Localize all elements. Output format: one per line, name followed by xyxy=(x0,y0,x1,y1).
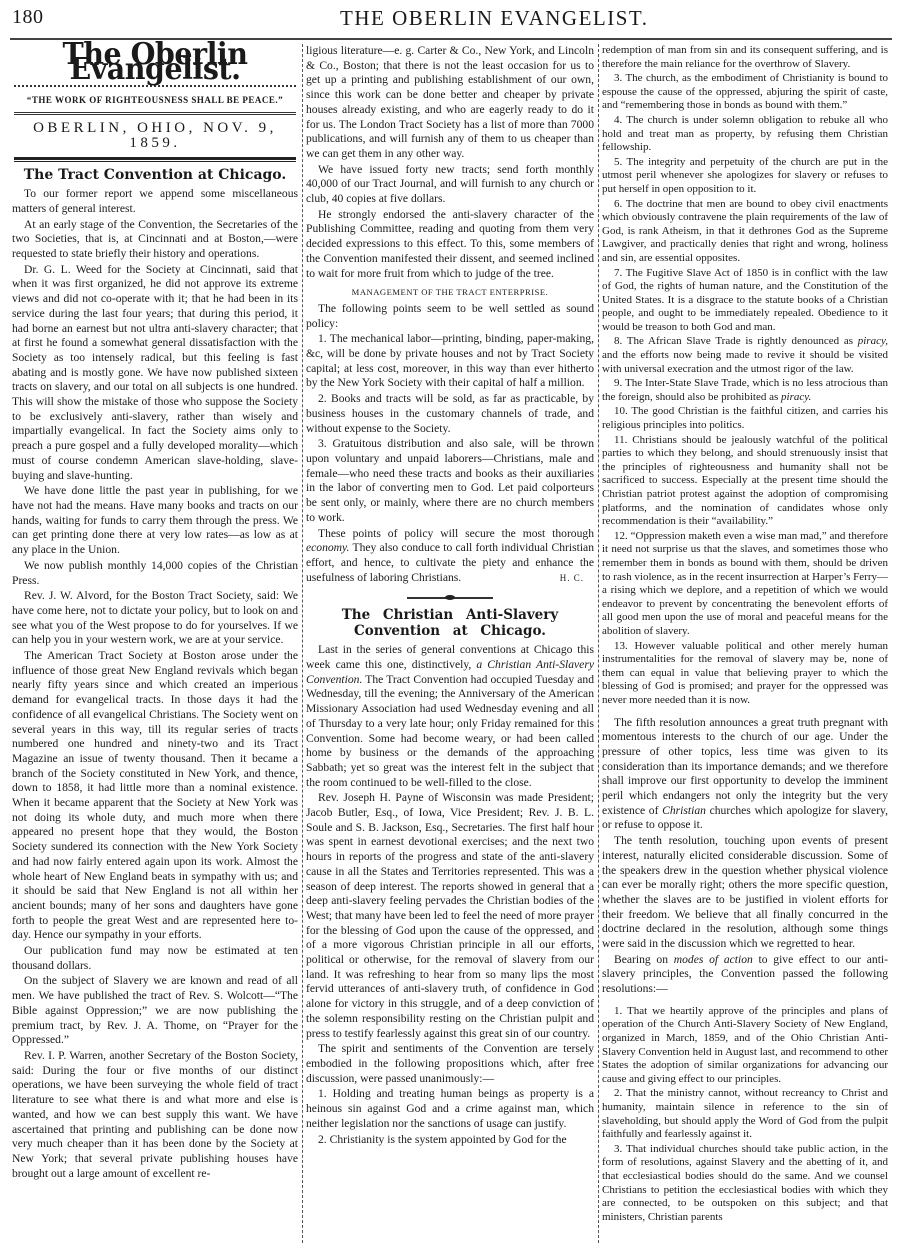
article-paragraph: We have issued forty new tracts; send fo… xyxy=(306,163,594,207)
article-paragraph: To our former report we append some misc… xyxy=(12,187,298,216)
article-paragraph: These points of policy will secure the m… xyxy=(306,527,594,586)
text-run: The fifth resolution announces a great t… xyxy=(602,716,888,817)
article-paragraph: The fifth resolution announces a great t… xyxy=(602,716,888,834)
section-divider-ornament xyxy=(407,597,493,599)
policy-point: 1. The mechanical labor—printing, bindin… xyxy=(306,332,594,391)
emphasis: modes of action xyxy=(674,953,753,966)
page-number: 180 xyxy=(12,6,44,29)
text-run: 9. The Inter-State Slave Trade, which is… xyxy=(602,377,888,403)
running-head: THE OBERLIN EVANGELIST. xyxy=(340,6,648,31)
column-divider-2 xyxy=(598,44,599,1243)
emphasis: piracy. xyxy=(781,391,811,403)
article-paragraph: The tenth resolution, touching upon even… xyxy=(602,834,888,952)
column-1: The Oberlin Evangelist. “THE WORK OF RIG… xyxy=(12,44,298,1181)
proposition: redemption of man from sin and its conse… xyxy=(602,44,888,71)
proposition: 9. The Inter-State Slave Trade, which is… xyxy=(602,377,888,404)
emphasis: economy. xyxy=(306,541,349,554)
proposition: 10. The good Christian is the faithful c… xyxy=(602,405,888,432)
proposition: 4. The church is under solemn obligation… xyxy=(602,114,888,155)
policy-point: 2. Books and tracts will be sold, as far… xyxy=(306,392,594,436)
article-headline-tract-convention: The Tract Convention at Chicago. xyxy=(12,168,298,183)
text-run: Bearing on xyxy=(614,953,674,966)
emphasis: Christian xyxy=(662,804,706,817)
column-divider-1 xyxy=(302,44,303,1243)
text-run: The Tract Convention had occupied Tuesda… xyxy=(306,673,594,789)
article-paragraph: Our publication fund may now be estimate… xyxy=(12,944,298,973)
resolution: 1. That we heartily approve of the princ… xyxy=(602,1005,888,1087)
article-paragraph: Bearing on modes of action to give effec… xyxy=(602,953,888,997)
article-paragraph: Dr. G. L. Weed for the Society at Cincin… xyxy=(12,263,298,484)
article-paragraph: Rev. Joseph H. Payne of Wisconsin was ma… xyxy=(306,791,594,1041)
proposition: 7. The Fugitive Slave Act of 1850 is in … xyxy=(602,267,888,335)
author-signature: H. C. xyxy=(548,571,584,586)
proposition: 8. The African Slave Trade is rightly de… xyxy=(602,335,888,376)
proposition: 5. The integrity and perpetuity of the c… xyxy=(602,156,888,197)
proposition: 2. Christianity is the system appointed … xyxy=(306,1133,594,1148)
article-paragraph: Rev. I. P. Warren, another Secretary of … xyxy=(12,1049,298,1181)
article-paragraph: ligious literature—e. g. Carter & Co., N… xyxy=(306,44,594,162)
proposition: 12. “Oppression maketh even a wise man m… xyxy=(602,530,888,639)
article-paragraph: The American Tract Society at Boston aro… xyxy=(12,649,298,943)
dateline: OBERLIN, OHIO, NOV. 9, 1859. xyxy=(12,121,298,150)
article-paragraph: We have done little the past year in pub… xyxy=(12,484,298,558)
article-paragraph: On the subject of Slavery we are known a… xyxy=(12,974,298,1048)
subheading-management: MANAGEMENT OF THE TRACT ENTERPRISE. xyxy=(306,285,594,300)
article-paragraph: The spirit and sentiments of the Convent… xyxy=(306,1042,594,1086)
text-run: These points of policy will secure the m… xyxy=(318,527,594,540)
article-headline-anti-slavery-convention: The Christian Anti-Slavery Convention at… xyxy=(306,607,594,639)
proposition: 6. The doctrine that men are bound to ob… xyxy=(602,198,888,266)
emphasis: piracy, xyxy=(858,335,888,347)
column-2: ligious literature—e. g. Carter & Co., N… xyxy=(306,44,594,1147)
proposition: 3. The church, as the embodiment of Chri… xyxy=(602,72,888,113)
resolution: 3. That individual churches should take … xyxy=(602,1143,888,1225)
article-paragraph: We now publish monthly 14,000 copies of … xyxy=(12,559,298,588)
text-run: 8. The African Slave Trade is rightly de… xyxy=(614,335,858,347)
masthead-title: The Oberlin Evangelist. xyxy=(19,48,291,77)
resolution: 2. That the ministry cannot, without rec… xyxy=(602,1087,888,1141)
proposition: 13. However valuable political and other… xyxy=(602,640,888,708)
policy-point: 3. Gratuitous distribution and also sale… xyxy=(306,437,594,525)
masthead-thick-rule xyxy=(14,157,296,162)
proposition: 1. Holding and treating human beings as … xyxy=(306,1087,594,1131)
text-run: and the efforts now being made to revive… xyxy=(602,349,888,375)
article-paragraph: At an early stage of the Convention, the… xyxy=(12,218,298,262)
article-paragraph: Rev. J. W. Alvord, for the Boston Tract … xyxy=(12,589,298,648)
article-paragraph: Last in the series of general convention… xyxy=(306,643,594,790)
masthead-motto: “THE WORK OF RIGHTEOUSNESS SHALL BE PEAC… xyxy=(12,93,298,108)
proposition: 11. Christians should be jealously watch… xyxy=(602,434,888,529)
article-paragraph: He strongly endorsed the anti-slavery ch… xyxy=(306,208,594,282)
article-paragraph: The following points seem to be well set… xyxy=(306,302,594,331)
column-3: redemption of man from sin and its conse… xyxy=(602,44,888,1224)
masthead-double-rule xyxy=(14,112,296,115)
